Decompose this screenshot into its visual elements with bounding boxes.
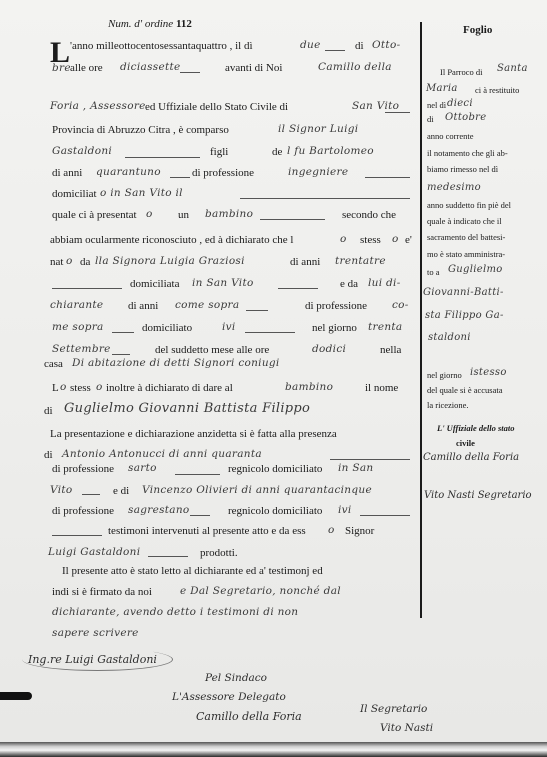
printed-text: 'anno milleottocentosessantaquattro , il… [70,40,253,52]
handwritten-text: Vito [50,484,73,496]
printed-text: ed Uffiziale dello Stato Civile di [145,101,288,113]
printed-text: domiciliato [142,322,192,334]
pen-mark [0,692,32,700]
printed-text: di professione [52,505,114,517]
printed-text: La presentazione e dichiarazione anzidet… [50,428,337,440]
handwritten-month: Otto- [372,39,400,51]
handwritten-child: bambino [205,208,253,220]
segretario-label: Il Segretario [360,703,427,715]
printed-text: del suddetto mese alle ore [155,344,269,356]
sidebar-hand: dieci [447,98,473,109]
sidebar-hand: Maria [426,83,458,94]
civil-record-page: Num. d' ordine 112 Foglio L 'anno milleo… [0,0,547,745]
handwritten-day: due [300,39,321,51]
sidebar-text: biamo rimesso nel dì [427,164,498,174]
assessore-label: L'Assessore Delegato [172,691,286,703]
handwritten-town: San Vito [352,100,399,112]
sidebar-secretary-signature: Vito Nasti Segretario [424,490,532,501]
printed-text: di professione [305,300,367,312]
sidebar-text: quale à indicato che il [427,216,502,226]
handwritten-text: ivi [338,504,352,516]
printed-text: nel giorno [312,322,357,334]
printed-text: stess [70,382,91,394]
handwritten-text: bre [52,62,71,74]
printed-text: domiciliat [52,188,97,200]
sidebar-text: anno corrente [427,131,474,141]
handwritten-age: quarantuno [96,166,161,178]
sidebar-hand: staldoni [428,332,471,343]
handwritten-text: Luigi Gastaldoni [48,546,140,558]
printed-text: un [178,209,189,221]
printed-text: di anni [290,256,320,268]
printed-text: il nome [365,382,398,394]
printed-text: Signor [345,525,374,537]
printed-text: nat [50,256,63,268]
handwritten-birth-month: Settembre [52,343,111,355]
ufficiale-label: L' Uffiziale dello stato [437,423,515,433]
sidebar-text: ci à restituito [475,85,519,95]
printed-text: regnicolo domiciliato [228,463,322,475]
printed-text: di anni [52,167,82,179]
handwritten-text: o [328,524,335,536]
handwritten-witness-1: Antonio Antonucci di anni quaranta [62,448,262,460]
printed-text: Provincia di Abruzzo Citra , è comparso [52,124,229,136]
printed-text: di [44,449,53,461]
handwritten-text: sagrestano [128,504,190,516]
column-divider [420,22,422,618]
segretario-signature: Vito Nasti [380,722,433,734]
sidebar-text: di [427,114,434,124]
sidebar-text: to a [427,267,440,277]
handwritten-text: bambino [285,381,333,393]
printed-text: prodotti. [200,547,238,559]
handwritten-text: me sopra [52,321,104,333]
sidebar-hand: Guglielmo [448,264,503,275]
handwritten-text: come sopra [175,299,239,311]
printed-text: L [52,382,59,394]
sidebar-hand: istesso [470,367,507,378]
printed-text: domiciliata [130,278,179,290]
printed-text: di professione [52,463,114,475]
printed-text: testimoni intervenuti al presente atto e… [108,525,306,537]
sidebar-hand: Santa [497,63,528,74]
sidebar-text: anno suddetto fin piè del [427,200,511,210]
sidebar-text: nel dì [427,100,446,110]
sidebar-text: mo è stato amministra- [427,249,505,259]
handwritten-text: dichiarante, avendo detto i testimoni di… [52,606,298,618]
order-number-label: Num. d' ordine [108,18,173,30]
handwritten-text: e Dal Segretario, nonché dal [180,585,341,597]
order-number-value: 112 [176,18,192,30]
handwritten-text: o [96,381,103,393]
sidebar-text: il notamento che gli ab- [427,148,508,158]
printed-text: Il presente atto è stato letto al dichia… [62,565,323,577]
printed-text: secondo che [342,209,396,221]
printed-text: quale ci à presentat [52,209,137,221]
sidebar-text: del quale si è accusata [427,385,503,395]
sidebar-hand: Ottobre [445,112,486,123]
printed-text: de [272,146,282,158]
printed-text: di [44,405,53,417]
sidebar-text: la ricezione. [427,400,469,410]
sidebar-text: Il Parroco di [440,67,483,77]
printed-text: indi si è firmato da noi [52,586,152,598]
handwritten-declarant: il Signor Luigi [278,123,358,135]
handwritten-text: o [392,233,399,245]
printed-text: da [80,256,90,268]
handwritten-mother: lla Signora Luigia Graziosi [95,255,245,267]
printed-text: casa [44,358,63,370]
sidebar-hand: sta Filippo Ga- [425,310,504,321]
printed-text: nella [380,344,401,356]
handwritten-text: lui di- [368,277,401,289]
printed-text: avanti di Noi [225,62,282,74]
handwritten-text: o [146,208,153,220]
printed-text: figli [210,146,228,158]
handwritten-text: sarto [128,462,157,474]
printed-text: alle ore [70,62,103,74]
handwritten-child-name: Guglielmo Giovanni Battista Filippo [64,401,310,416]
printed-text: abbiam ocularmente riconosciuto , ed à d… [50,234,293,246]
handwritten-text: in San Vito [192,277,254,289]
handwritten-father: l fu Bartolomeo [287,145,374,157]
page-bottom-edge [0,742,547,757]
printed-text: di [355,40,364,52]
sidebar-text: nel giorno [427,370,462,380]
printed-text: di professione [192,167,254,179]
printed-text: e' [405,234,412,246]
sidebar-hand: Giovanni-Batti- [423,287,504,298]
handwritten-text: chiarante [50,299,103,311]
handwritten-officer: Camillo della [318,61,392,73]
civile-label: civile [456,438,475,448]
sindaco-label: Pel Sindaco [205,672,267,684]
handwritten-text: Foria , Assessore [50,100,146,112]
handwritten-birthplace: Di abitazione di detti Signori coniugi [72,357,280,369]
handwritten-surname: Gastaldoni [52,145,112,157]
handwritten-text: o [66,255,73,267]
handwritten-hour: diciassette [120,61,181,73]
foglio-label: Foglio [463,24,492,36]
order-number: Num. d' ordine 112 [108,18,192,30]
handwritten-mother-age: trentatre [335,255,386,267]
sidebar-text: sacramento del battesi- [427,232,505,242]
handwritten-text: sapere scrivere [52,627,139,639]
handwritten-birth-hour: dodici [312,343,346,355]
handwritten-text: in San [338,462,373,474]
printed-text: di anni [128,300,158,312]
handwritten-text: o [340,233,347,245]
handwritten-domicile: o in San Vito il [100,187,183,199]
handwritten-text: o [60,381,67,393]
handwritten-profession: ingegniere [288,166,348,178]
printed-text: e di [113,485,129,497]
printed-text: inoltre à dichiarato di dare al [106,382,233,394]
handwritten-birth-day: trenta [368,321,403,333]
printed-text: e da [340,278,358,290]
printed-text: stess [360,234,381,246]
handwritten-text: ivi [222,321,236,333]
sidebar-hand: medesimo [427,182,481,193]
handwritten-text: co- [392,299,409,311]
sidebar-officer-signature: Camillo della Foria [423,452,519,463]
sindaco-signature: Camillo della Foria [196,710,302,723]
handwritten-witness-2: Vincenzo Olivieri di anni quarantacinque [142,484,372,496]
printed-text: regnicolo domiciliato [228,505,322,517]
